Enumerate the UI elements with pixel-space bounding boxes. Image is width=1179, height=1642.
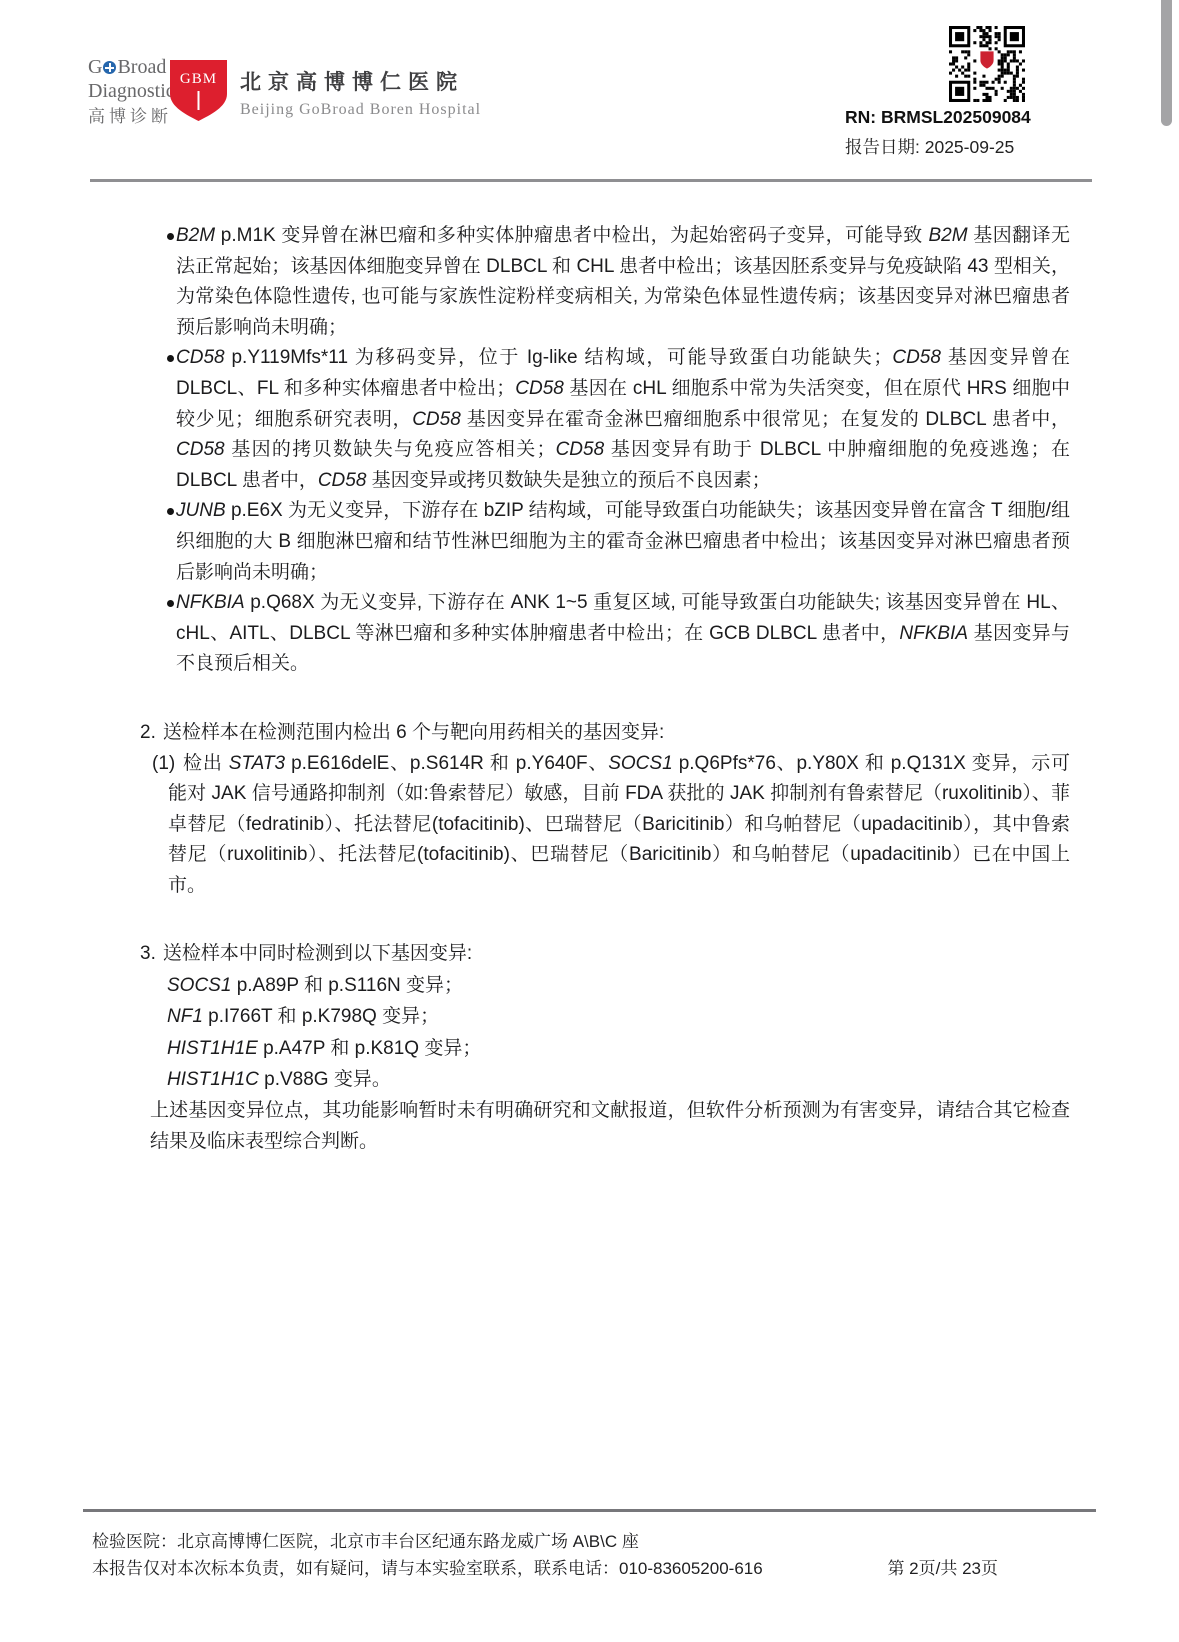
section-2-number: 2. <box>140 722 156 743</box>
bullet-item-nfkbia: NFKBIA p.Q68X 为无义变异, 下游存在 ANK 1~5 重复区域, … <box>140 588 1070 680</box>
variant-line-socs1: SOCS1 p.A89P 和 p.S116N 变异； <box>140 970 1070 1001</box>
bullet-icon <box>167 355 174 362</box>
footer-divider <box>83 1509 1096 1512</box>
page-indicator: 第 2页/共 23页 <box>818 1554 998 1579</box>
footer-hospital-line: 检验医院：北京高博博仁医院，北京市丰台区纪通东路龙威广场 A\B\C 座 <box>92 1527 639 1552</box>
hospital-name-block: 北京高博博仁医院 Beijing GoBroad Boren Hospital <box>240 66 481 119</box>
section-2-heading: 2.送检样本在检测范围内检出 6 个与靶向用药相关的基因变异: <box>140 718 1070 749</box>
gbm-shield-logo: GBM <box>170 60 227 121</box>
bullet-icon <box>167 508 174 515</box>
bullet-text: CD58 p.Y119Mfs*11 为移码变异，位于 Ig-like 结构域，可… <box>176 347 1070 490</box>
section-2-title: 送检样本在检测范围内检出 6 个与靶向用药相关的基因变异: <box>163 722 664 743</box>
hospital-name-en: Beijing GoBroad Boren Hospital <box>240 101 481 119</box>
variant-line-hist1h1e: HIST1H1E p.A47P 和 p.K81Q 变异； <box>140 1033 1070 1064</box>
report-page: { "header": { "logo": { "brand_g": "G", … <box>0 0 1179 1642</box>
gobroad-brand-cn: 高博诊断 <box>88 105 182 129</box>
section-2-item-1-number: (1) <box>152 753 175 774</box>
section-3-heading: 3.送检样本中同时检测到以下基因变异: <box>140 939 1070 970</box>
qr-code-icon <box>948 26 1026 102</box>
bullet-icon <box>167 600 174 607</box>
gobroad-plus-icon <box>103 61 116 74</box>
footer-contact-line: 本报告仅对本次标本负责，如有疑问，请与本实验室联系，联系电话：010-83605… <box>92 1554 763 1579</box>
variant-line-nf1: NF1 p.I766T 和 p.K798Q 变异； <box>140 1001 1070 1032</box>
report-number: RN: BRMSL202509084 <box>845 107 1031 128</box>
bullet-text: JUNB p.E6X 为无义变异，下游存在 bZIP 结构域，可能导致蛋白功能缺… <box>176 500 1070 582</box>
bullet-text: B2M p.M1K 变异曾在淋巴瘤和多种实体肿瘤患者中检出，为起始密码子变异，可… <box>176 225 1070 338</box>
bullet-item-cd58: CD58 p.Y119Mfs*11 为移码变异，位于 Ig-like 结构域，可… <box>140 343 1070 496</box>
gobroad-brand-line1: GBroad <box>88 55 182 79</box>
section-3-number: 3. <box>140 943 156 964</box>
brand-broad: Broad <box>117 56 166 78</box>
hospital-name-cn: 北京高博博仁医院 <box>240 66 481 96</box>
bullet-icon <box>167 233 174 240</box>
gobroad-brand-line2: Diagnostics <box>88 79 182 103</box>
variant-line-hist1h1c: HIST1H1C p.V88G 变异。 <box>140 1064 1070 1095</box>
bullet-item-junb: JUNB p.E6X 为无义变异，下游存在 bZIP 结构域，可能导致蛋白功能缺… <box>140 496 1070 588</box>
section-2-item-1-text: 检出 STAT3 p.E616delE、p.S614R 和 p.Y640F、SO… <box>168 753 1070 896</box>
section-3-title: 送检样本中同时检测到以下基因变异: <box>163 943 472 964</box>
bullet-text: NFKBIA p.Q68X 为无义变异, 下游存在 ANK 1~5 重复区域, … <box>176 592 1070 674</box>
header-divider <box>90 179 1092 182</box>
section-3-note: 上述基因变异位点，其功能影响暂时未有明确研究和文献报道，但软件分析预测为有害变异… <box>140 1096 1070 1157</box>
gobroad-logo: GBroad Diagnostics 高博诊断 <box>88 55 182 129</box>
section-2-item-1: (1)检出 STAT3 p.E616delE、p.S614R 和 p.Y640F… <box>140 749 1070 902</box>
bullet-item-b2m: B2M p.M1K 变异曾在淋巴瘤和多种实体肿瘤患者中检出，为起始密码子变异，可… <box>140 221 1070 343</box>
report-body: B2M p.M1K 变异曾在淋巴瘤和多种实体肿瘤患者中检出，为起始密码子变异，可… <box>140 221 1070 1157</box>
scrollbar-thumb[interactable] <box>1161 0 1172 126</box>
gbm-shield-text: GBM <box>180 71 217 87</box>
report-date: 报告日期: 2025-09-25 <box>845 134 1014 159</box>
brand-g: G <box>88 56 102 78</box>
